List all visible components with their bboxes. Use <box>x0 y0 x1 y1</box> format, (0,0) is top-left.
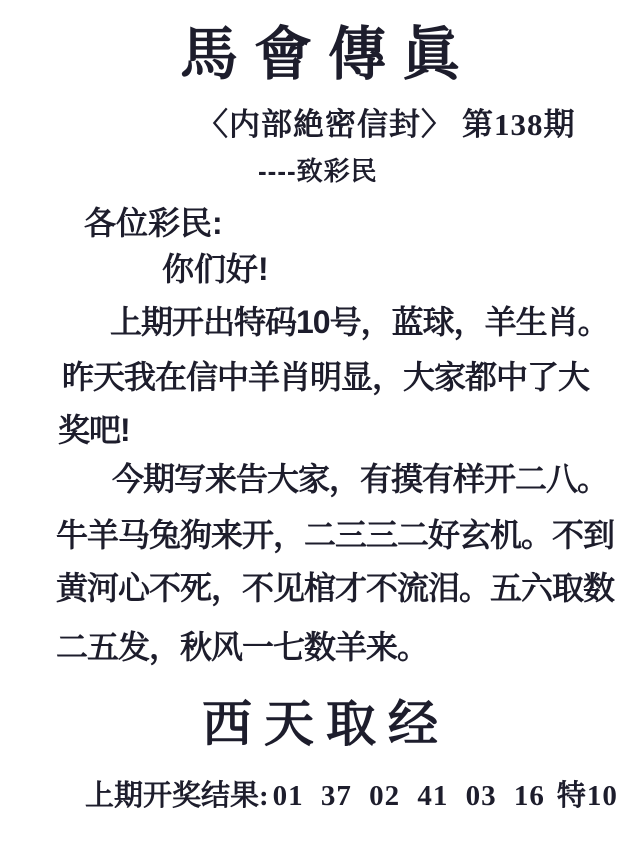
tip-title: 西天取经 <box>0 699 640 749</box>
letter-line: 奖吧! <box>58 414 130 446</box>
letter-line: 二五发，秋风一七数羊来。 <box>56 631 428 663</box>
greeting: 你们好! <box>162 253 269 285</box>
issue-line: 〈内部絶密信封〉第138期 <box>197 109 576 140</box>
result-label: 上期开奖结果: <box>85 780 269 812</box>
letter-line: 牛羊马兔狗来开，二三三二好玄机。不到 <box>56 519 614 551</box>
letter-line: 昨天我在信中羊肖明显，大家都中了大 <box>62 361 589 393</box>
result-special-number: 特10 <box>557 780 618 812</box>
last-result-line: 上期开奖结果:01 37 02 41 03 16特10 <box>85 782 618 811</box>
issue-number: 第138期 <box>462 107 576 142</box>
salutation: 各位彩民: <box>84 207 223 239</box>
letter-line: 上期开出特码10号，蓝球，羊生肖。 <box>110 306 609 338</box>
letter-line: 黄河心不死，不见棺才不流泪。五六取数 <box>56 572 614 604</box>
envelope-label: 〈内部絶密信封〉 <box>197 107 453 142</box>
result-numbers: 01 37 02 41 03 16 <box>273 780 545 812</box>
page-title: 馬會傳眞 <box>0 26 640 84</box>
dedication-line: ----致彩民 <box>258 158 378 184</box>
fax-page: 馬會傳眞 〈内部絶密信封〉第138期 ----致彩民 各位彩民: 你们好! 上期… <box>0 0 640 842</box>
letter-line: 今期写来告大家，有摸有样开二八。 <box>112 463 608 495</box>
